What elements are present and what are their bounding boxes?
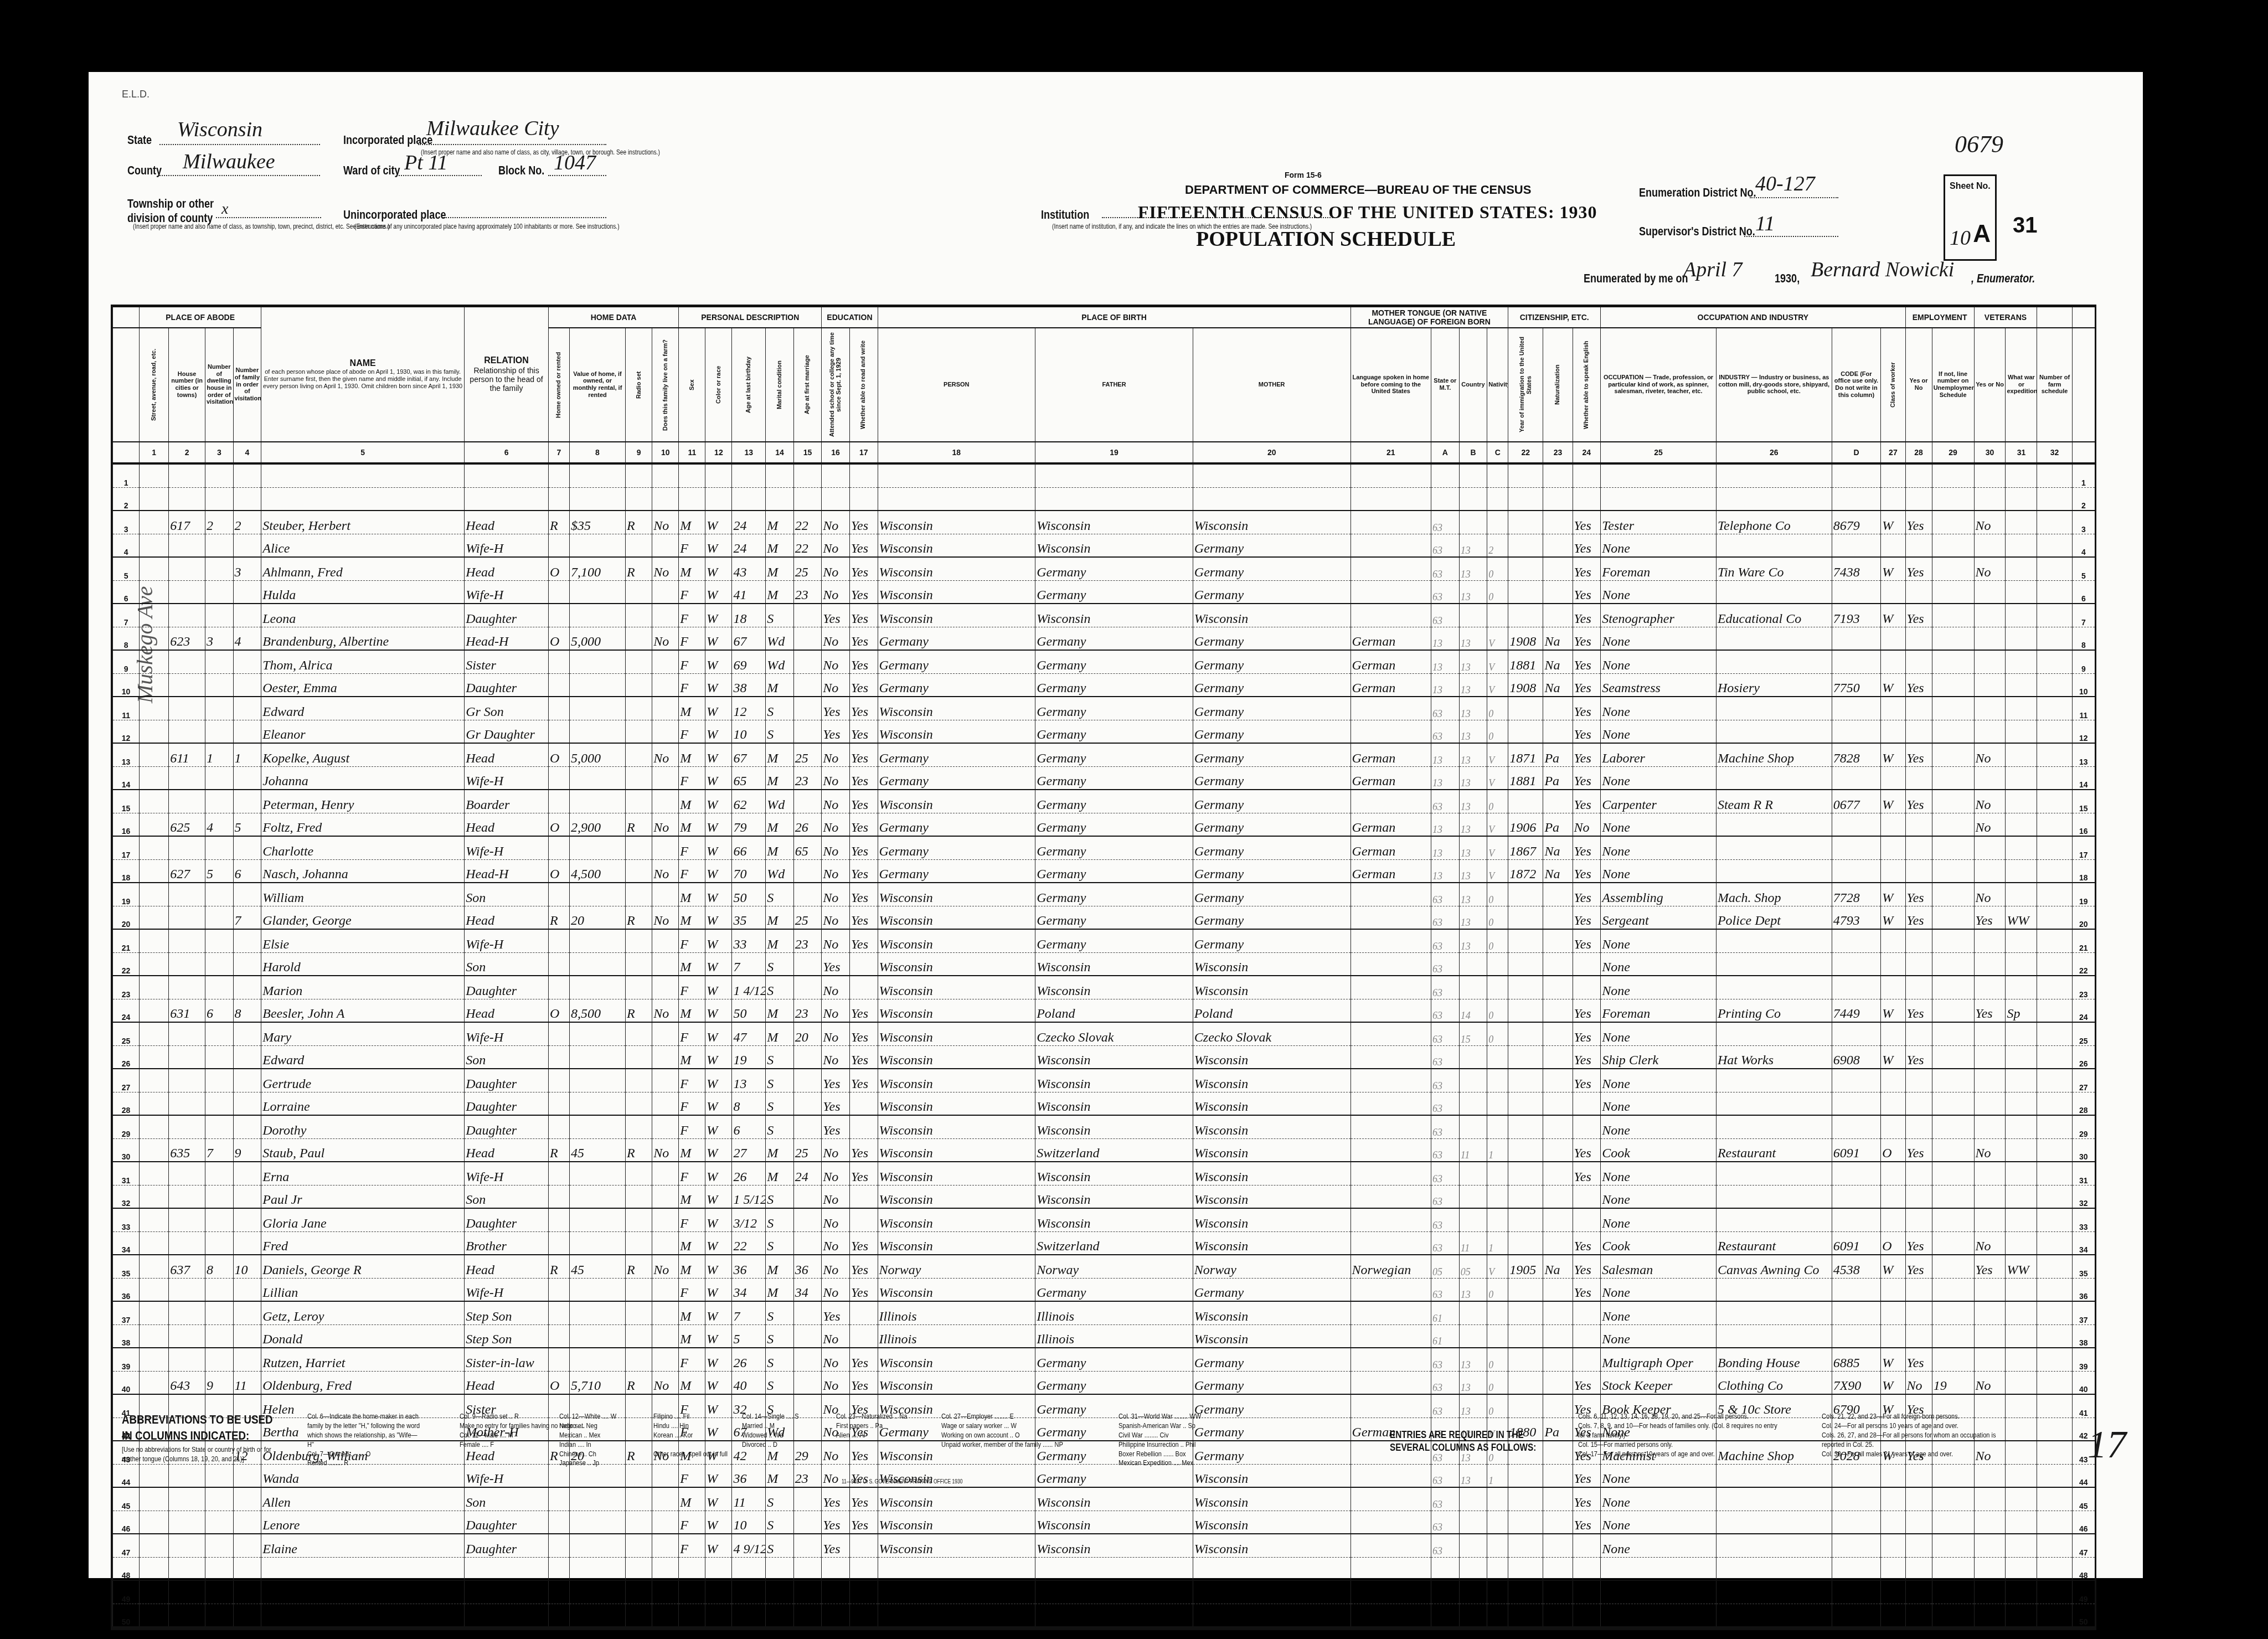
cell-war [2006, 1185, 2037, 1208]
cell-read: Yes [849, 1162, 878, 1185]
cell-unemp [1932, 627, 1974, 650]
cell-school: No [822, 511, 850, 534]
cell-owned [548, 1487, 569, 1511]
cell-war [2006, 859, 2037, 883]
cell-eng: Yes [1573, 1022, 1601, 1045]
cell-ind [1716, 1022, 1832, 1045]
enumerator-name: Bernard Nowicki [1811, 257, 1954, 282]
cell-owned [548, 1324, 569, 1348]
cell-street [140, 720, 169, 743]
cell-cls [1881, 836, 1905, 859]
cell-family [233, 1348, 261, 1371]
line-number: 16 [113, 813, 140, 836]
cell-war [2006, 1022, 2037, 1045]
cell-nat: Pa [1543, 743, 1573, 766]
cell-unemp [1932, 650, 1974, 673]
cell-imm [1508, 1534, 1543, 1557]
cell-a: 63 [1431, 883, 1460, 906]
cell-war [2006, 1511, 2037, 1534]
cell-marital: S [766, 1092, 794, 1115]
cell-tongue [1351, 557, 1431, 580]
cell-value [569, 790, 625, 813]
cell-vet [1974, 1022, 2006, 1045]
cell-age: 34 [732, 1278, 766, 1301]
cell-cls: O [1881, 1231, 1905, 1255]
sheet-side: A [1973, 220, 1991, 248]
cell-value: 45 [569, 1255, 625, 1278]
cell-nat [1543, 790, 1573, 813]
table-row: 23MarionDaughterFW1 4/12SNoWisconsinWisc… [113, 976, 2095, 999]
cell-c [1487, 1534, 1508, 1557]
cell-vet [1974, 836, 2006, 859]
cell-war [2006, 1371, 2037, 1394]
cell-father [1035, 463, 1193, 487]
cell-cls [1881, 952, 1905, 976]
cell-marital: S [766, 1045, 794, 1069]
cell-street [140, 673, 169, 697]
cell-relation [465, 487, 549, 511]
cell-ind: Hosiery [1716, 673, 1832, 697]
cell-read: Yes [849, 1487, 878, 1511]
cell-vet: No [1974, 557, 2006, 580]
cell-nat [1543, 1278, 1573, 1301]
cell-eng [1573, 463, 1601, 487]
line-number-right: 21 [2072, 929, 2095, 952]
table-row: 361722Steuber, HerbertHeadR$35RNoMW24M22… [113, 511, 2095, 534]
table-row: 7LeonaDaughterFW18SYesYesWisconsinWiscon… [113, 604, 2095, 627]
cell-birth: Illinois [878, 1324, 1035, 1348]
col6-abbrev: Col. 6—Indicate the home-maker in each f… [307, 1412, 420, 1468]
cell-owned: O [548, 813, 569, 836]
cell-a: 61 [1431, 1324, 1460, 1348]
cell-farm [652, 1557, 679, 1580]
column-header: Yes or No [1974, 328, 2006, 442]
cell-vet: No [1974, 511, 2006, 534]
column-number: A [1431, 442, 1460, 463]
cell-marital: S [766, 720, 794, 743]
cell-name [261, 487, 465, 511]
cell-cls [1881, 463, 1905, 487]
cell-farm [652, 1045, 679, 1069]
cell-radio [626, 673, 652, 697]
cell-read: Yes [849, 1255, 878, 1278]
cell-ind [1716, 1557, 1832, 1580]
cell-vet [1974, 1185, 2006, 1208]
table-row: 5050 [113, 1604, 2095, 1627]
line-number: 9 [113, 650, 140, 673]
cell-age: 33 [732, 929, 766, 952]
line-number-right: 29 [2072, 1115, 2095, 1138]
cell-owned [548, 836, 569, 859]
table-row: 37Getz, LeroyStep SonMW7SYesIllinoisIlli… [113, 1301, 2095, 1324]
cell-marital: S [766, 1208, 794, 1231]
cell-radio [626, 627, 652, 650]
cell-father: Germany [1035, 697, 1193, 720]
line-number-right: 38 [2072, 1324, 2095, 1348]
cell-dwelling [205, 1580, 233, 1604]
cell-mother: Wisconsin [1193, 1301, 1351, 1324]
cell-birth: Wisconsin [878, 883, 1035, 906]
cell-relation: Head [465, 813, 549, 836]
cell-name [261, 1604, 465, 1627]
cell-farmsched [2037, 487, 2072, 511]
cell-a: 63 [1431, 1487, 1460, 1511]
cell-eng: Yes [1573, 766, 1601, 790]
cell-ind [1716, 813, 1832, 836]
cell-unemp [1932, 929, 1974, 952]
cell-work: No [1905, 1371, 1932, 1394]
cell-work [1905, 813, 1932, 836]
cell-family [233, 883, 261, 906]
cell-street [140, 1324, 169, 1348]
cell-cls: W [1881, 1255, 1905, 1278]
cell-birth: Illinois [878, 1301, 1035, 1324]
cell-marital: M [766, 511, 794, 534]
cell-nat: Na [1543, 859, 1573, 883]
cell-dwelling [205, 766, 233, 790]
cell-code [1832, 859, 1881, 883]
line-number: 33 [113, 1208, 140, 1231]
cell-age-marr: 65 [793, 836, 822, 859]
cell-name: Fred [261, 1231, 465, 1255]
cell-name: Lenore [261, 1511, 465, 1534]
cell-birth: Wisconsin [878, 906, 1035, 929]
cell-ind [1716, 1487, 1832, 1511]
cell-unemp [1932, 883, 1974, 906]
column-header: If not, line number on Unemployment Sche… [1932, 328, 1974, 442]
cell-dwelling: 8 [205, 1255, 233, 1278]
line-number: 8 [113, 627, 140, 650]
cell-cls: W [1881, 557, 1905, 580]
line-number-right: 18 [2072, 859, 2095, 883]
cell-owned [548, 1278, 569, 1301]
cell-name [261, 1580, 465, 1604]
cell-b: 13 [1459, 836, 1487, 859]
cell-relation: Head [465, 557, 549, 580]
cell-owned: R [548, 511, 569, 534]
cell-b [1459, 1069, 1487, 1092]
cell-read: Yes [849, 859, 878, 883]
cell-value: 45 [569, 1138, 625, 1162]
cell-vet: Yes [1974, 906, 2006, 929]
cell-eng [1573, 1534, 1601, 1557]
cell-street [140, 557, 169, 580]
cell-occ: None [1601, 1162, 1717, 1185]
eld-mark: E.L.D. [122, 89, 150, 100]
cell-birth: Wisconsin [878, 1208, 1035, 1231]
cell-imm [1508, 1557, 1543, 1580]
cell-street [140, 1604, 169, 1627]
cell-radio [626, 859, 652, 883]
cell-vet [1974, 1208, 2006, 1231]
cell-unemp: 19 [1932, 1371, 1974, 1394]
cell-family [233, 1557, 261, 1580]
cell-code [1832, 1069, 1881, 1092]
cell-work: Yes [1905, 673, 1932, 697]
table-row: 3063579Staub, PaulHeadR45RNoMW27M25NoYes… [113, 1138, 2095, 1162]
cell-unemp [1932, 463, 1974, 487]
cell-mother: Germany [1193, 720, 1351, 743]
cell-code [1832, 929, 1881, 952]
cell-age: 1 5/12 [732, 1185, 766, 1208]
column-header: INDUSTRY — Industry or business, as cott… [1716, 328, 1832, 442]
cell-house [169, 673, 205, 697]
column-number: 9 [626, 442, 652, 463]
cell-read [849, 1324, 878, 1348]
cell-race: W [705, 883, 732, 906]
cell-ind: Steam R R [1716, 790, 1832, 813]
line-number: 34 [113, 1231, 140, 1255]
cell-eng: Yes [1573, 1255, 1601, 1278]
cell-tongue [1351, 1278, 1431, 1301]
cell-vet [1974, 952, 2006, 976]
cell-work [1905, 627, 1932, 650]
cell-age-marr [793, 1348, 822, 1371]
cell-mother: Wisconsin [1193, 976, 1351, 999]
line-number-right: 36 [2072, 1278, 2095, 1301]
cell-ind [1716, 836, 1832, 859]
cell-cls: W [1881, 604, 1905, 627]
cell-birth [878, 1557, 1035, 1580]
cell-age: 50 [732, 883, 766, 906]
table-row: 9Thom, AlricaSisterFW69WdNoYesGermanyGer… [113, 650, 2095, 673]
cell-radio [626, 976, 652, 999]
column-number: C [1487, 442, 1508, 463]
cell-unemp [1932, 1278, 1974, 1301]
cell-school: No [822, 766, 850, 790]
cell-family [233, 463, 261, 487]
cell-father: Switzerland [1035, 1138, 1193, 1162]
cell-read [849, 1580, 878, 1604]
cell-c: 0 [1487, 720, 1508, 743]
cell-mother: Czecko Slovak [1193, 1022, 1351, 1045]
cell-mother [1193, 1580, 1351, 1604]
cell-age-marr: 23 [793, 929, 822, 952]
cell-farmsched [2037, 976, 2072, 999]
county-label: County [127, 163, 162, 178]
cell-c [1487, 1092, 1508, 1115]
cell-school: No [822, 1022, 850, 1045]
cell-imm [1508, 906, 1543, 929]
cell-vet [1974, 1557, 2006, 1580]
cell-nat [1543, 1604, 1573, 1627]
cell-sex: M [679, 1045, 705, 1069]
cell-nat [1543, 1092, 1573, 1115]
cell-code [1832, 1185, 1881, 1208]
table-row: 14JohannaWife-HFW65M23NoYesGermanyGerman… [113, 766, 2095, 790]
cell-nat [1543, 1557, 1573, 1580]
column-header: Radio set [626, 328, 652, 442]
cell-b [1459, 1324, 1487, 1348]
cell-sex: F [679, 650, 705, 673]
cell-marital [766, 487, 794, 511]
line-number: 37 [113, 1301, 140, 1324]
cell-ind [1716, 1069, 1832, 1092]
cell-house: 631 [169, 999, 205, 1022]
cell-read: Yes [849, 883, 878, 906]
cell-imm [1508, 697, 1543, 720]
stamp-number: 0679 [1955, 130, 2003, 158]
cell-a: 63 [1431, 1208, 1460, 1231]
cell-house [169, 604, 205, 627]
cell-house [169, 1231, 205, 1255]
line-number-right: 48 [2072, 1557, 2095, 1580]
cell-family [233, 790, 261, 813]
cell-farm [652, 883, 679, 906]
cell-a: 63 [1431, 1231, 1460, 1255]
cell-vet [1974, 627, 2006, 650]
cell-school [822, 1557, 850, 1580]
cell-nat: Pa [1543, 766, 1573, 790]
cell-tongue: German [1351, 813, 1431, 836]
cell-a: 61 [1431, 1301, 1460, 1324]
cell-house [169, 650, 205, 673]
cell-age-marr [793, 1511, 822, 1534]
column-header: Country [1459, 328, 1487, 442]
cell-ind [1716, 1092, 1832, 1115]
cell-nat [1543, 1069, 1573, 1092]
cell-tongue: German [1351, 836, 1431, 859]
cell-unemp [1932, 1092, 1974, 1115]
cell-b [1459, 463, 1487, 487]
cell-father: Wisconsin [1035, 1534, 1193, 1557]
cell-war [2006, 511, 2037, 534]
column-header: Value of home, if owned, or monthly rent… [569, 328, 625, 442]
cell-tongue [1351, 1371, 1431, 1394]
cell-read: Yes [849, 836, 878, 859]
cell-sex: F [679, 1534, 705, 1557]
cell-vet: No [1974, 1231, 2006, 1255]
cell-b: 13 [1459, 627, 1487, 650]
cell-imm [1508, 557, 1543, 580]
cell-b [1459, 1162, 1487, 1185]
cell-age-marr: 24 [793, 1162, 822, 1185]
cell-tongue [1351, 511, 1431, 534]
cell-farmsched [2037, 511, 2072, 534]
cell-a: 63 [1431, 511, 1460, 534]
cell-mother: Germany [1193, 650, 1351, 673]
cell-cls: W [1881, 743, 1905, 766]
cell-a: 63 [1431, 1185, 1460, 1208]
cell-sex: F [679, 580, 705, 604]
cell-relation: Head [465, 1138, 549, 1162]
line-number: 30 [113, 1138, 140, 1162]
cell-occ: None [1601, 720, 1717, 743]
cell-father: Switzerland [1035, 1231, 1193, 1255]
cell-dwelling: 1 [205, 743, 233, 766]
column-number: 13 [732, 442, 766, 463]
cell-sex: F [679, 929, 705, 952]
cell-age: 62 [732, 790, 766, 813]
line-number-cell [113, 328, 140, 442]
cell-farm [652, 720, 679, 743]
cell-name [261, 463, 465, 487]
cell-relation: Gr Daughter [465, 720, 549, 743]
cell-code [1832, 463, 1881, 487]
cell-read [849, 1208, 878, 1231]
cell-name: Dorothy [261, 1115, 465, 1138]
cell-sex: M [679, 743, 705, 766]
cell-father: Wisconsin [1035, 1511, 1193, 1534]
cell-sex: F [679, 604, 705, 627]
cell-radio [626, 952, 652, 976]
line-number-cell [2072, 328, 2095, 442]
cell-farmsched [2037, 883, 2072, 906]
cell-school: No [822, 836, 850, 859]
cell-b: 11 [1459, 1138, 1487, 1162]
cell-ind [1716, 1115, 1832, 1138]
cell-race: W [705, 766, 732, 790]
cell-owned [548, 1115, 569, 1138]
cell-ind [1716, 1324, 1832, 1348]
cell-radio [626, 534, 652, 557]
cell-farmsched [2037, 673, 2072, 697]
cell-unemp [1932, 580, 1974, 604]
cell-war [2006, 697, 2037, 720]
cell-relation: Wife-H [465, 580, 549, 604]
cell-imm: 1881 [1508, 650, 1543, 673]
column-header: Number of farm schedule [2037, 328, 2072, 442]
cell-age: 12 [732, 697, 766, 720]
cell-work [1905, 580, 1932, 604]
cell-name: Foltz, Fred [261, 813, 465, 836]
cell-read [849, 1557, 878, 1580]
cell-mother: Germany [1193, 766, 1351, 790]
cell-school: Yes [822, 1534, 850, 1557]
cell-b: 13 [1459, 1371, 1487, 1394]
cell-farm: No [652, 627, 679, 650]
cell-farmsched [2037, 463, 2072, 487]
cell-mother: Germany [1193, 557, 1351, 580]
cell-unemp [1932, 743, 1974, 766]
line-number-cell [113, 442, 140, 463]
group-birth: PLACE OF BIRTH [878, 307, 1351, 328]
cell-dwelling [205, 1231, 233, 1255]
cell-vet [1974, 720, 2006, 743]
cell-c [1487, 1557, 1508, 1580]
cell-war [2006, 463, 2037, 487]
cell-farm [652, 1511, 679, 1534]
cell-value [569, 1162, 625, 1185]
cell-eng: Yes [1573, 604, 1601, 627]
cell-radio [626, 1208, 652, 1231]
cell-work: Yes [1905, 1348, 1932, 1371]
cell-value [569, 1580, 625, 1604]
cell-code: 0677 [1832, 790, 1881, 813]
cell-race [705, 463, 732, 487]
cell-nat [1543, 1487, 1573, 1511]
cell-eng: Yes [1573, 580, 1601, 604]
cell-occ: None [1601, 1022, 1717, 1045]
cell-street [140, 929, 169, 952]
cell-a: 63 [1431, 1511, 1460, 1534]
cell-family: 10 [233, 1255, 261, 1278]
cell-unemp [1932, 859, 1974, 883]
column-number: 20 [1193, 442, 1351, 463]
cell-nat [1543, 883, 1573, 906]
department-title: DEPARTMENT OF COMMERCE—BUREAU OF THE CEN… [1185, 183, 1531, 197]
cell-farmsched [2037, 1138, 2072, 1162]
cell-code [1832, 1557, 1881, 1580]
column-number: 5 [261, 442, 465, 463]
cell-farmsched [2037, 1348, 2072, 1371]
cell-relation: Daughter [465, 1511, 549, 1534]
cell-family: 5 [233, 813, 261, 836]
cell-c: 0 [1487, 557, 1508, 580]
cell-father: Wisconsin [1035, 1162, 1193, 1185]
cell-occ: None [1601, 1324, 1717, 1348]
cell-race: W [705, 1069, 732, 1092]
